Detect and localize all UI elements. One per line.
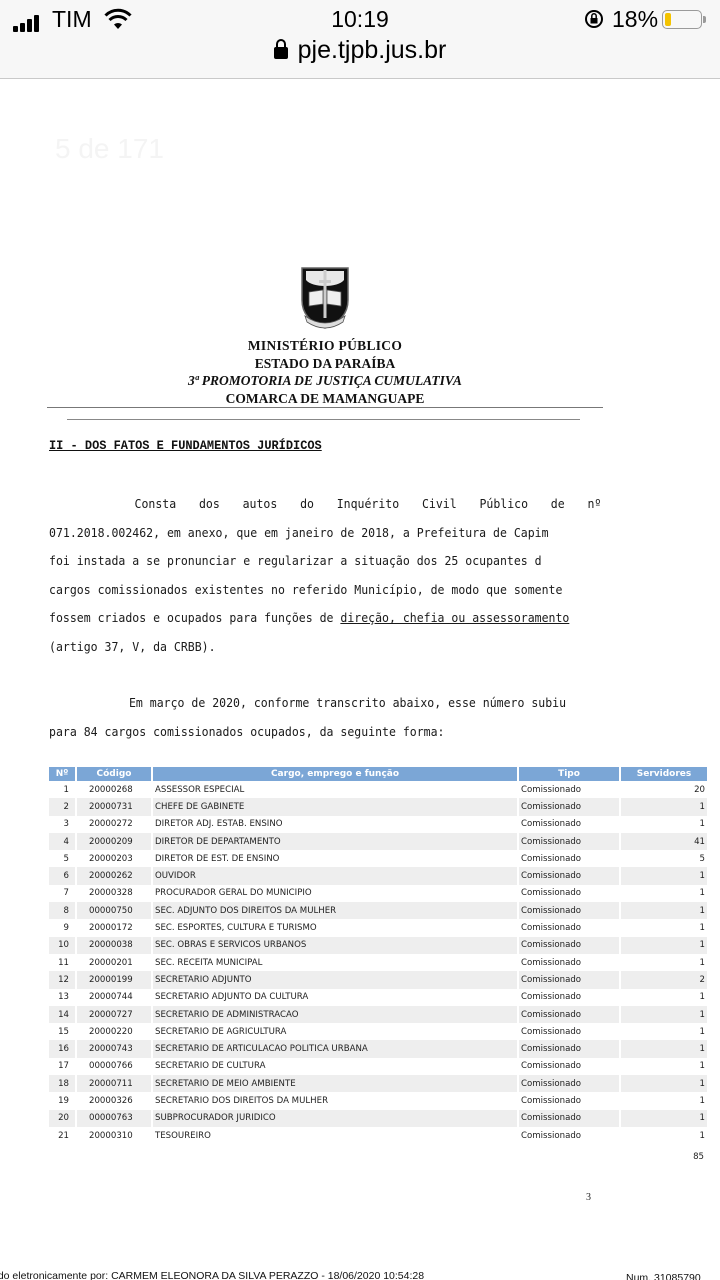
- paragraph-line: para 84 cargos comissionados ocupados, d…: [49, 718, 601, 747]
- paragraph-word: dos: [199, 490, 220, 519]
- servants-total: 85: [660, 1152, 704, 1162]
- cell-number: 8: [49, 902, 75, 919]
- cell-type: Comissionado: [519, 954, 619, 971]
- cell-type: Comissionado: [519, 1006, 619, 1023]
- cell-servants: 2: [621, 971, 707, 988]
- paragraph-line: (artigo 37, V, da CRBB).: [49, 633, 601, 662]
- cell-position: SEC. ADJUNTO DOS DIREITOS DA MULHER: [153, 902, 517, 919]
- col-header-code: Código: [77, 767, 151, 781]
- cell-code: 20000731: [77, 798, 151, 815]
- cell-servants: 1: [621, 937, 707, 954]
- table-row: 1920000326SECRETARIO DOS DIREITOS DA MUL…: [49, 1092, 707, 1109]
- table-row: 1700000766SECRETARIO DE CULTURAComission…: [49, 1058, 707, 1075]
- cell-type: Comissionado: [519, 833, 619, 850]
- cell-type: Comissionado: [519, 885, 619, 902]
- cell-position: SEC. ESPORTES, CULTURA E TURISMO: [153, 919, 517, 936]
- cell-number: 7: [49, 885, 75, 902]
- cell-position: ASSESSOR ESPECIAL: [153, 781, 517, 798]
- battery-percent: 18%: [612, 6, 658, 33]
- paragraph-word: de: [551, 490, 565, 519]
- cell-type: Comissionado: [519, 1127, 619, 1144]
- cell-code: 20000220: [77, 1023, 151, 1040]
- cell-number: 11: [49, 954, 75, 971]
- cell-position: SEC. RECEITA MUNICIPAL: [153, 954, 517, 971]
- cell-number: 3: [49, 816, 75, 833]
- table-row: 120000268ASSESSOR ESPECIALComissionado20: [49, 781, 707, 798]
- cell-type: Comissionado: [519, 1040, 619, 1057]
- cell-type: Comissionado: [519, 1110, 619, 1127]
- cell-type: Comissionado: [519, 989, 619, 1006]
- cell-type: Comissionado: [519, 1075, 619, 1092]
- cell-number: 6: [49, 867, 75, 884]
- cell-number: 21: [49, 1127, 75, 1144]
- status-bar: TIM 10:19 18%: [0, 6, 720, 34]
- table-row: 1420000727SECRETARIO DE ADMINISTRACAOCom…: [49, 1006, 707, 1023]
- cell-number: 13: [49, 989, 75, 1006]
- cell-type: Comissionado: [519, 971, 619, 988]
- cell-code: 20000201: [77, 954, 151, 971]
- cell-number: 17: [49, 1058, 75, 1075]
- cell-servants: 1: [621, 1006, 707, 1023]
- commissioned-positions-table: Nº Código Cargo, emprego e função Tipo S…: [47, 767, 709, 1144]
- paragraph-line: foi instada a se pronunciar e regulariza…: [49, 547, 601, 576]
- cell-code: 20000038: [77, 937, 151, 954]
- cell-number: 4: [49, 833, 75, 850]
- table-row: 1820000711SECRETARIO DE MEIO AMBIENTECom…: [49, 1075, 707, 1092]
- cell-code: 20000743: [77, 1040, 151, 1057]
- cell-servants: 1: [621, 1092, 707, 1109]
- paragraph-word: Público: [479, 490, 528, 519]
- cell-position: DIRETOR DE DEPARTAMENTO: [153, 833, 517, 850]
- url-text: pje.tjpb.jus.br: [298, 36, 447, 64]
- document-number: Num. 31085790: [626, 1272, 701, 1280]
- paragraph-word: nº: [587, 490, 601, 519]
- cell-number: 16: [49, 1040, 75, 1057]
- paragraph-march-2020: Em março de 2020, conforme transcrito ab…: [49, 689, 601, 746]
- cell-code: 20000209: [77, 833, 151, 850]
- col-header-type: Tipo: [519, 767, 619, 781]
- cell-servants: 1: [621, 1127, 707, 1144]
- cell-number: 18: [49, 1075, 75, 1092]
- cell-code: 20000744: [77, 989, 151, 1006]
- cell-number: 15: [49, 1023, 75, 1040]
- table-row: 720000328PROCURADOR GERAL DO MUNICIPIOCo…: [49, 885, 707, 902]
- letterhead-office: 3ª PROMOTORIA DE JUSTIÇA CUMULATIVA: [0, 373, 650, 389]
- col-header-position: Cargo, emprego e função: [153, 767, 517, 781]
- table-row: 1620000743SECRETARIO DE ARTICULACAO POLI…: [49, 1040, 707, 1057]
- underlined-text: direção, chefia ou assessoramento: [340, 610, 569, 625]
- section-title: II - DOS FATOS E FUNDAMENTOS JURÍDICOS: [49, 438, 322, 453]
- cell-position: SUBPROCURADOR JURIDICO: [153, 1110, 517, 1127]
- browser-chrome: TIM 10:19 18% pje.tjpb.jus.br: [0, 0, 720, 79]
- cell-number: 10: [49, 937, 75, 954]
- cell-type: Comissionado: [519, 816, 619, 833]
- cell-code: 20000199: [77, 971, 151, 988]
- paragraph-text: Em março de 2020, conforme transcrito ab…: [129, 695, 566, 710]
- cell-servants: 1: [621, 867, 707, 884]
- cell-code: 20000727: [77, 1006, 151, 1023]
- cell-position: SECRETARIO DE ADMINISTRACAO: [153, 1006, 517, 1023]
- cell-code: 20000310: [77, 1127, 151, 1144]
- cell-position: SECRETARIO ADJUNTO DA CULTURA: [153, 989, 517, 1006]
- table-row: 620000262OUVIDORComissionado1: [49, 867, 707, 884]
- cell-position: SECRETARIO DE CULTURA: [153, 1058, 517, 1075]
- cell-type: Comissionado: [519, 781, 619, 798]
- cell-servants: 5: [621, 850, 707, 867]
- cell-type: Comissionado: [519, 1092, 619, 1109]
- cell-position: DIRETOR ADJ. ESTAB. ENSINO: [153, 816, 517, 833]
- letterhead-state: ESTADO DA PARAÍBA: [0, 356, 650, 372]
- cell-position: SECRETARIO DE MEIO AMBIENTE: [153, 1075, 517, 1092]
- table-row: 220000731CHEFE DE GABINETEComissionado1: [49, 798, 707, 815]
- lock-icon: [274, 47, 288, 59]
- table-row: 1120000201SEC. RECEITA MUNICIPALComissio…: [49, 954, 707, 971]
- cell-code: 00000763: [77, 1110, 151, 1127]
- table-row: 1220000199SECRETARIO ADJUNTOComissionado…: [49, 971, 707, 988]
- cell-servants: 1: [621, 1023, 707, 1040]
- table-row: 1520000220SECRETARIO DE AGRICULTURAComis…: [49, 1023, 707, 1040]
- cell-code: 20000326: [77, 1092, 151, 1109]
- cell-number: 1: [49, 781, 75, 798]
- cell-code: 20000268: [77, 781, 151, 798]
- cell-servants: 1: [621, 798, 707, 815]
- cell-type: Comissionado: [519, 850, 619, 867]
- cell-position: CHEFE DE GABINETE: [153, 798, 517, 815]
- letterhead-institution: MINISTÉRIO PÚBLICO: [0, 338, 650, 354]
- cell-code: 20000172: [77, 919, 151, 936]
- cell-position: PROCURADOR GERAL DO MUNICIPIO: [153, 885, 517, 902]
- address-bar[interactable]: pje.tjpb.jus.br: [0, 36, 720, 65]
- cell-servants: 1: [621, 954, 707, 971]
- cell-code: 20000272: [77, 816, 151, 833]
- cell-servants: 1: [621, 885, 707, 902]
- paragraph-word: Inquérito: [337, 490, 399, 519]
- cell-type: Comissionado: [519, 1023, 619, 1040]
- cell-servants: 1: [621, 902, 707, 919]
- table-row: 2000000763SUBPROCURADOR JURIDICOComissio…: [49, 1110, 707, 1127]
- col-header-servants: Servidores: [621, 767, 707, 781]
- cell-type: Comissionado: [519, 798, 619, 815]
- cell-servants: 1: [621, 1075, 707, 1092]
- paragraph-line: ConstadosautosdoInquéritoCivilPúblicoden…: [49, 490, 601, 519]
- cell-code: 20000262: [77, 867, 151, 884]
- cell-code: 20000203: [77, 850, 151, 867]
- cell-type: Comissionado: [519, 919, 619, 936]
- table-row: 1320000744SECRETARIO ADJUNTO DA CULTURAC…: [49, 989, 707, 1006]
- rotation-lock-icon: [583, 8, 605, 36]
- battery-level: [665, 13, 671, 26]
- battery-icon: [662, 10, 702, 29]
- cell-position: SECRETARIO ADJUNTO: [153, 971, 517, 988]
- cell-position: SECRETARIO DE ARTICULACAO POLITICA URBAN…: [153, 1040, 517, 1057]
- cell-code: 20000328: [77, 885, 151, 902]
- cell-number: 19: [49, 1092, 75, 1109]
- cell-number: 14: [49, 1006, 75, 1023]
- cell-servants: 1: [621, 989, 707, 1006]
- cell-type: Comissionado: [519, 937, 619, 954]
- table-row: 320000272DIRETOR ADJ. ESTAB. ENSINOComis…: [49, 816, 707, 833]
- cell-code: 00000750: [77, 902, 151, 919]
- table-row: 2120000310TESOUREIROComissionado1: [49, 1127, 707, 1144]
- page-counter: 5 de 171: [55, 133, 164, 165]
- cell-servants: 1: [621, 816, 707, 833]
- cell-servants: 20: [621, 781, 707, 798]
- cell-position: TESOUREIRO: [153, 1127, 517, 1144]
- cell-type: Comissionado: [519, 902, 619, 919]
- paragraph-facts: ConstadosautosdoInquéritoCivilPúblicoden…: [49, 490, 601, 662]
- cell-number: 5: [49, 850, 75, 867]
- cell-code: 20000711: [77, 1075, 151, 1092]
- cell-code: 00000766: [77, 1058, 151, 1075]
- table-row: 920000172SEC. ESPORTES, CULTURA E TURISM…: [49, 919, 707, 936]
- divider: [47, 407, 603, 408]
- cell-type: Comissionado: [519, 867, 619, 884]
- table-header-row: Nº Código Cargo, emprego e função Tipo S…: [49, 767, 707, 781]
- cell-servants: 1: [621, 1110, 707, 1127]
- cell-number: 12: [49, 971, 75, 988]
- paragraph-line: 071.2018.002462, em anexo, que em janeir…: [49, 519, 601, 548]
- page-number: 3: [586, 1192, 591, 1203]
- ministerio-publico-crest-icon: [300, 266, 350, 332]
- cell-servants: 1: [621, 919, 707, 936]
- cell-position: SECRETARIO DOS DIREITOS DA MULHER: [153, 1092, 517, 1109]
- table-row: 800000750SEC. ADJUNTO DOS DIREITOS DA MU…: [49, 902, 707, 919]
- paragraph-text: fossem criados e ocupados para funções d…: [49, 610, 340, 625]
- cell-type: Comissionado: [519, 1058, 619, 1075]
- divider: [67, 419, 580, 420]
- paragraph-word: autos: [243, 490, 278, 519]
- signature-footer: ado eletronicamente por: CARMEM ELEONORA…: [0, 1270, 424, 1280]
- cell-number: 2: [49, 798, 75, 815]
- paragraph-line: Em março de 2020, conforme transcrito ab…: [49, 689, 601, 718]
- paragraph-word: Civil: [422, 490, 457, 519]
- cell-servants: 41: [621, 833, 707, 850]
- table-row: 520000203DIRETOR DE EST. DE ENSINOComiss…: [49, 850, 707, 867]
- cell-number: 9: [49, 919, 75, 936]
- paragraph-word: do: [300, 490, 314, 519]
- paragraph-word: Consta: [135, 490, 177, 519]
- col-header-number: Nº: [49, 767, 75, 781]
- cell-servants: 1: [621, 1058, 707, 1075]
- cell-servants: 1: [621, 1040, 707, 1057]
- table-row: 1020000038SEC. OBRAS E SERVICOS URBANOSC…: [49, 937, 707, 954]
- paragraph-line: fossem criados e ocupados para funções d…: [49, 604, 601, 633]
- cell-position: SEC. OBRAS E SERVICOS URBANOS: [153, 937, 517, 954]
- letterhead-comarca: COMARCA DE MAMANGUAPE: [0, 391, 650, 407]
- paragraph-line: cargos comissionados existentes no refer…: [49, 576, 601, 605]
- cell-position: DIRETOR DE EST. DE ENSINO: [153, 850, 517, 867]
- cell-position: SECRETARIO DE AGRICULTURA: [153, 1023, 517, 1040]
- table-row: 420000209DIRETOR DE DEPARTAMENTOComissio…: [49, 833, 707, 850]
- cell-position: OUVIDOR: [153, 867, 517, 884]
- cell-number: 20: [49, 1110, 75, 1127]
